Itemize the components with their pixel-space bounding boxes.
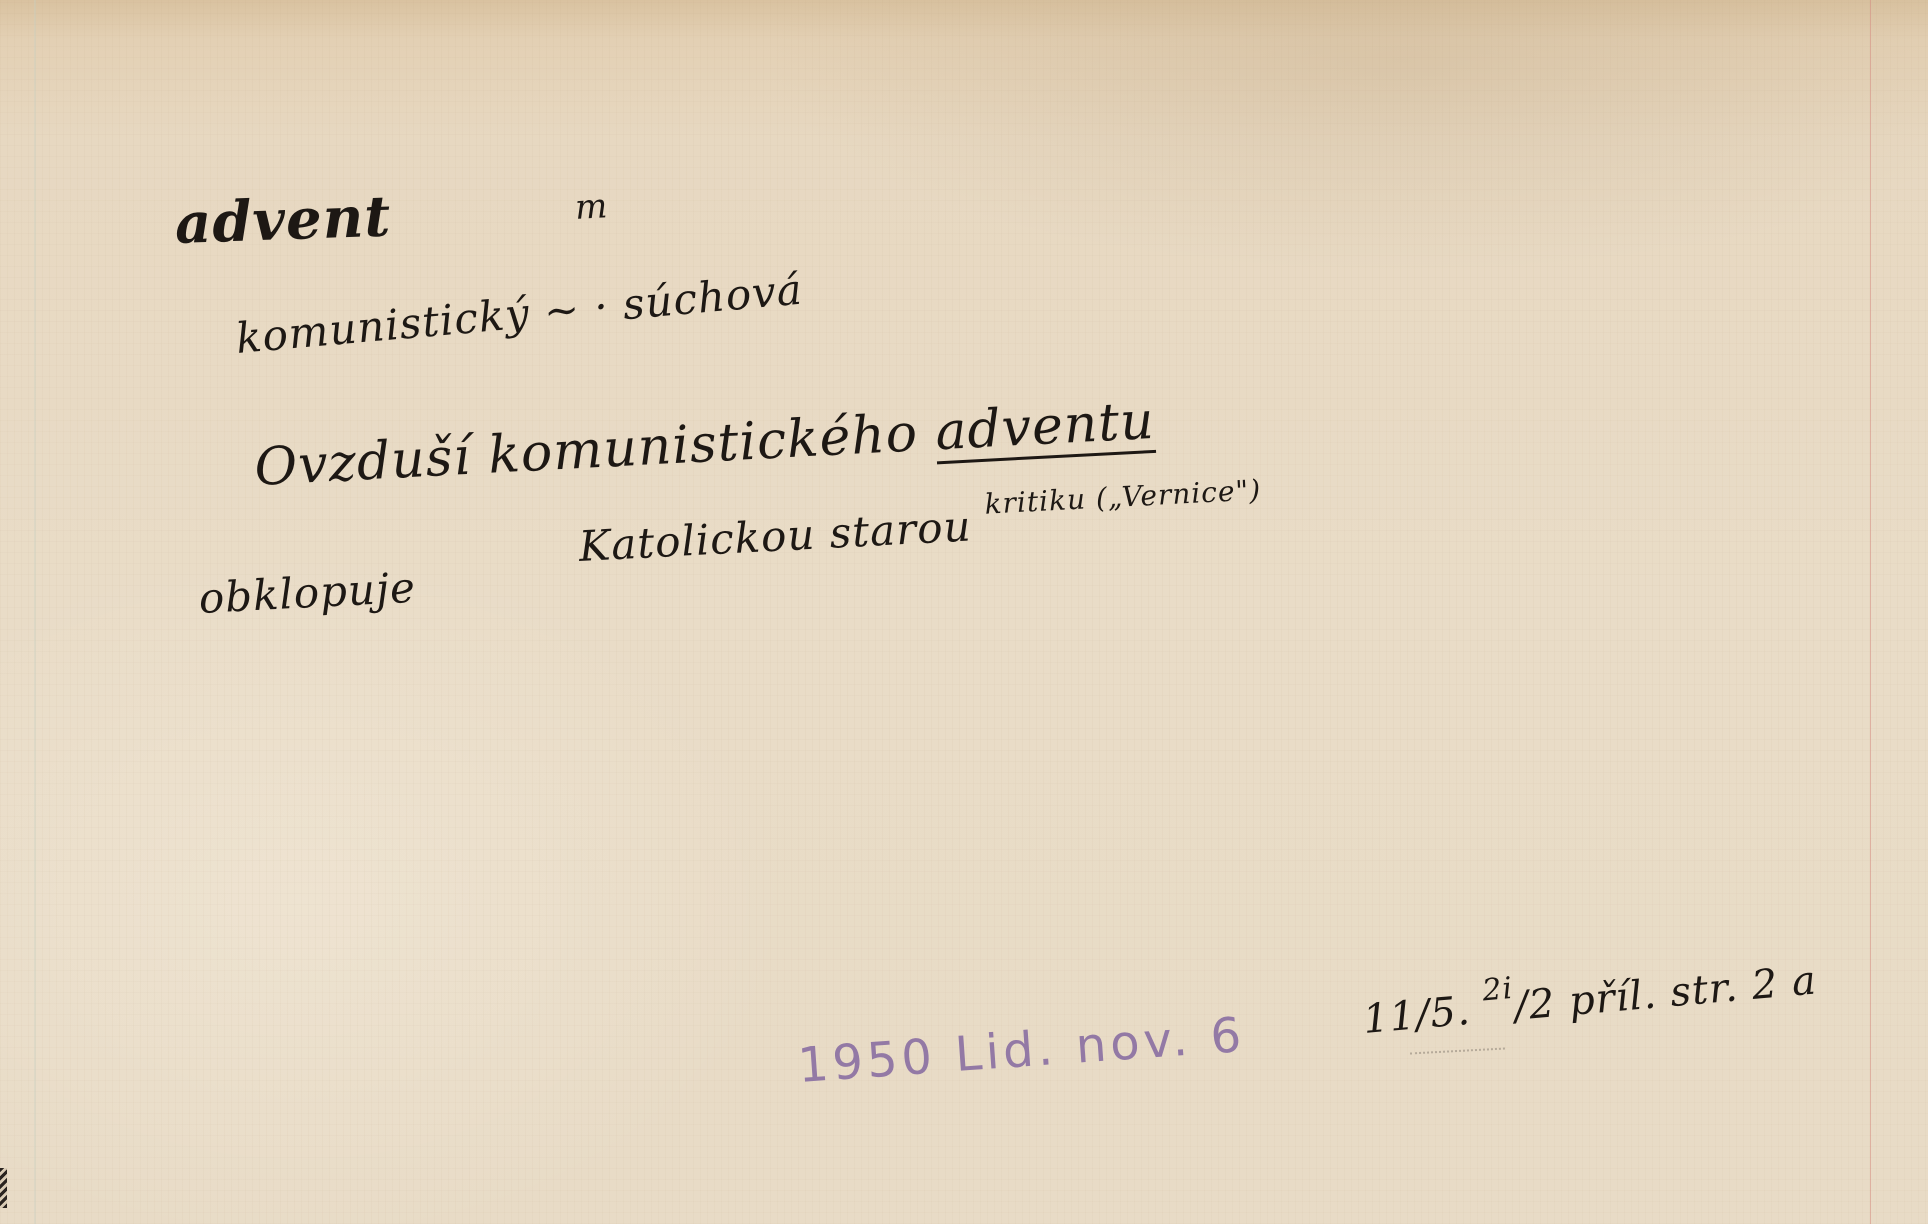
document-slip: advent m komunistický ~ · súchová Ovzduš…	[0, 0, 1928, 1224]
underlined-headword-form: adventu	[934, 391, 1156, 462]
source-citation: 11/5. 2i/2 příl. str. 2 a	[1362, 960, 1819, 1040]
dotted-separator	[1410, 1048, 1505, 1055]
superscript-insertion: kritiku („Vernice")	[984, 473, 1262, 520]
margin-line	[1870, 0, 1871, 1224]
fold-line	[34, 0, 36, 1224]
example-line-1: Ovzduší komunistického adventu	[253, 395, 1156, 494]
source-stamp: 1950 Lid. nov. 6	[796, 1007, 1247, 1094]
example-line-2: Katolickou starou kritiku („Vernice")	[578, 490, 1264, 568]
grammatical-gender: m	[574, 189, 609, 225]
citation-superscript: 2i	[1481, 971, 1515, 1009]
example-line-3: obklopuje	[198, 567, 417, 620]
citation-detail: /2 příl. str. 2 a	[1513, 957, 1819, 1029]
edge-mark	[0, 1168, 7, 1208]
headword: advent	[174, 188, 392, 252]
citation-page: 11/5.	[1361, 988, 1472, 1043]
collocation: komunistický ~ · súchová	[234, 269, 804, 360]
example-text: Ovzduší komunistického	[253, 403, 919, 498]
example-text: Katolickou starou	[578, 501, 973, 571]
